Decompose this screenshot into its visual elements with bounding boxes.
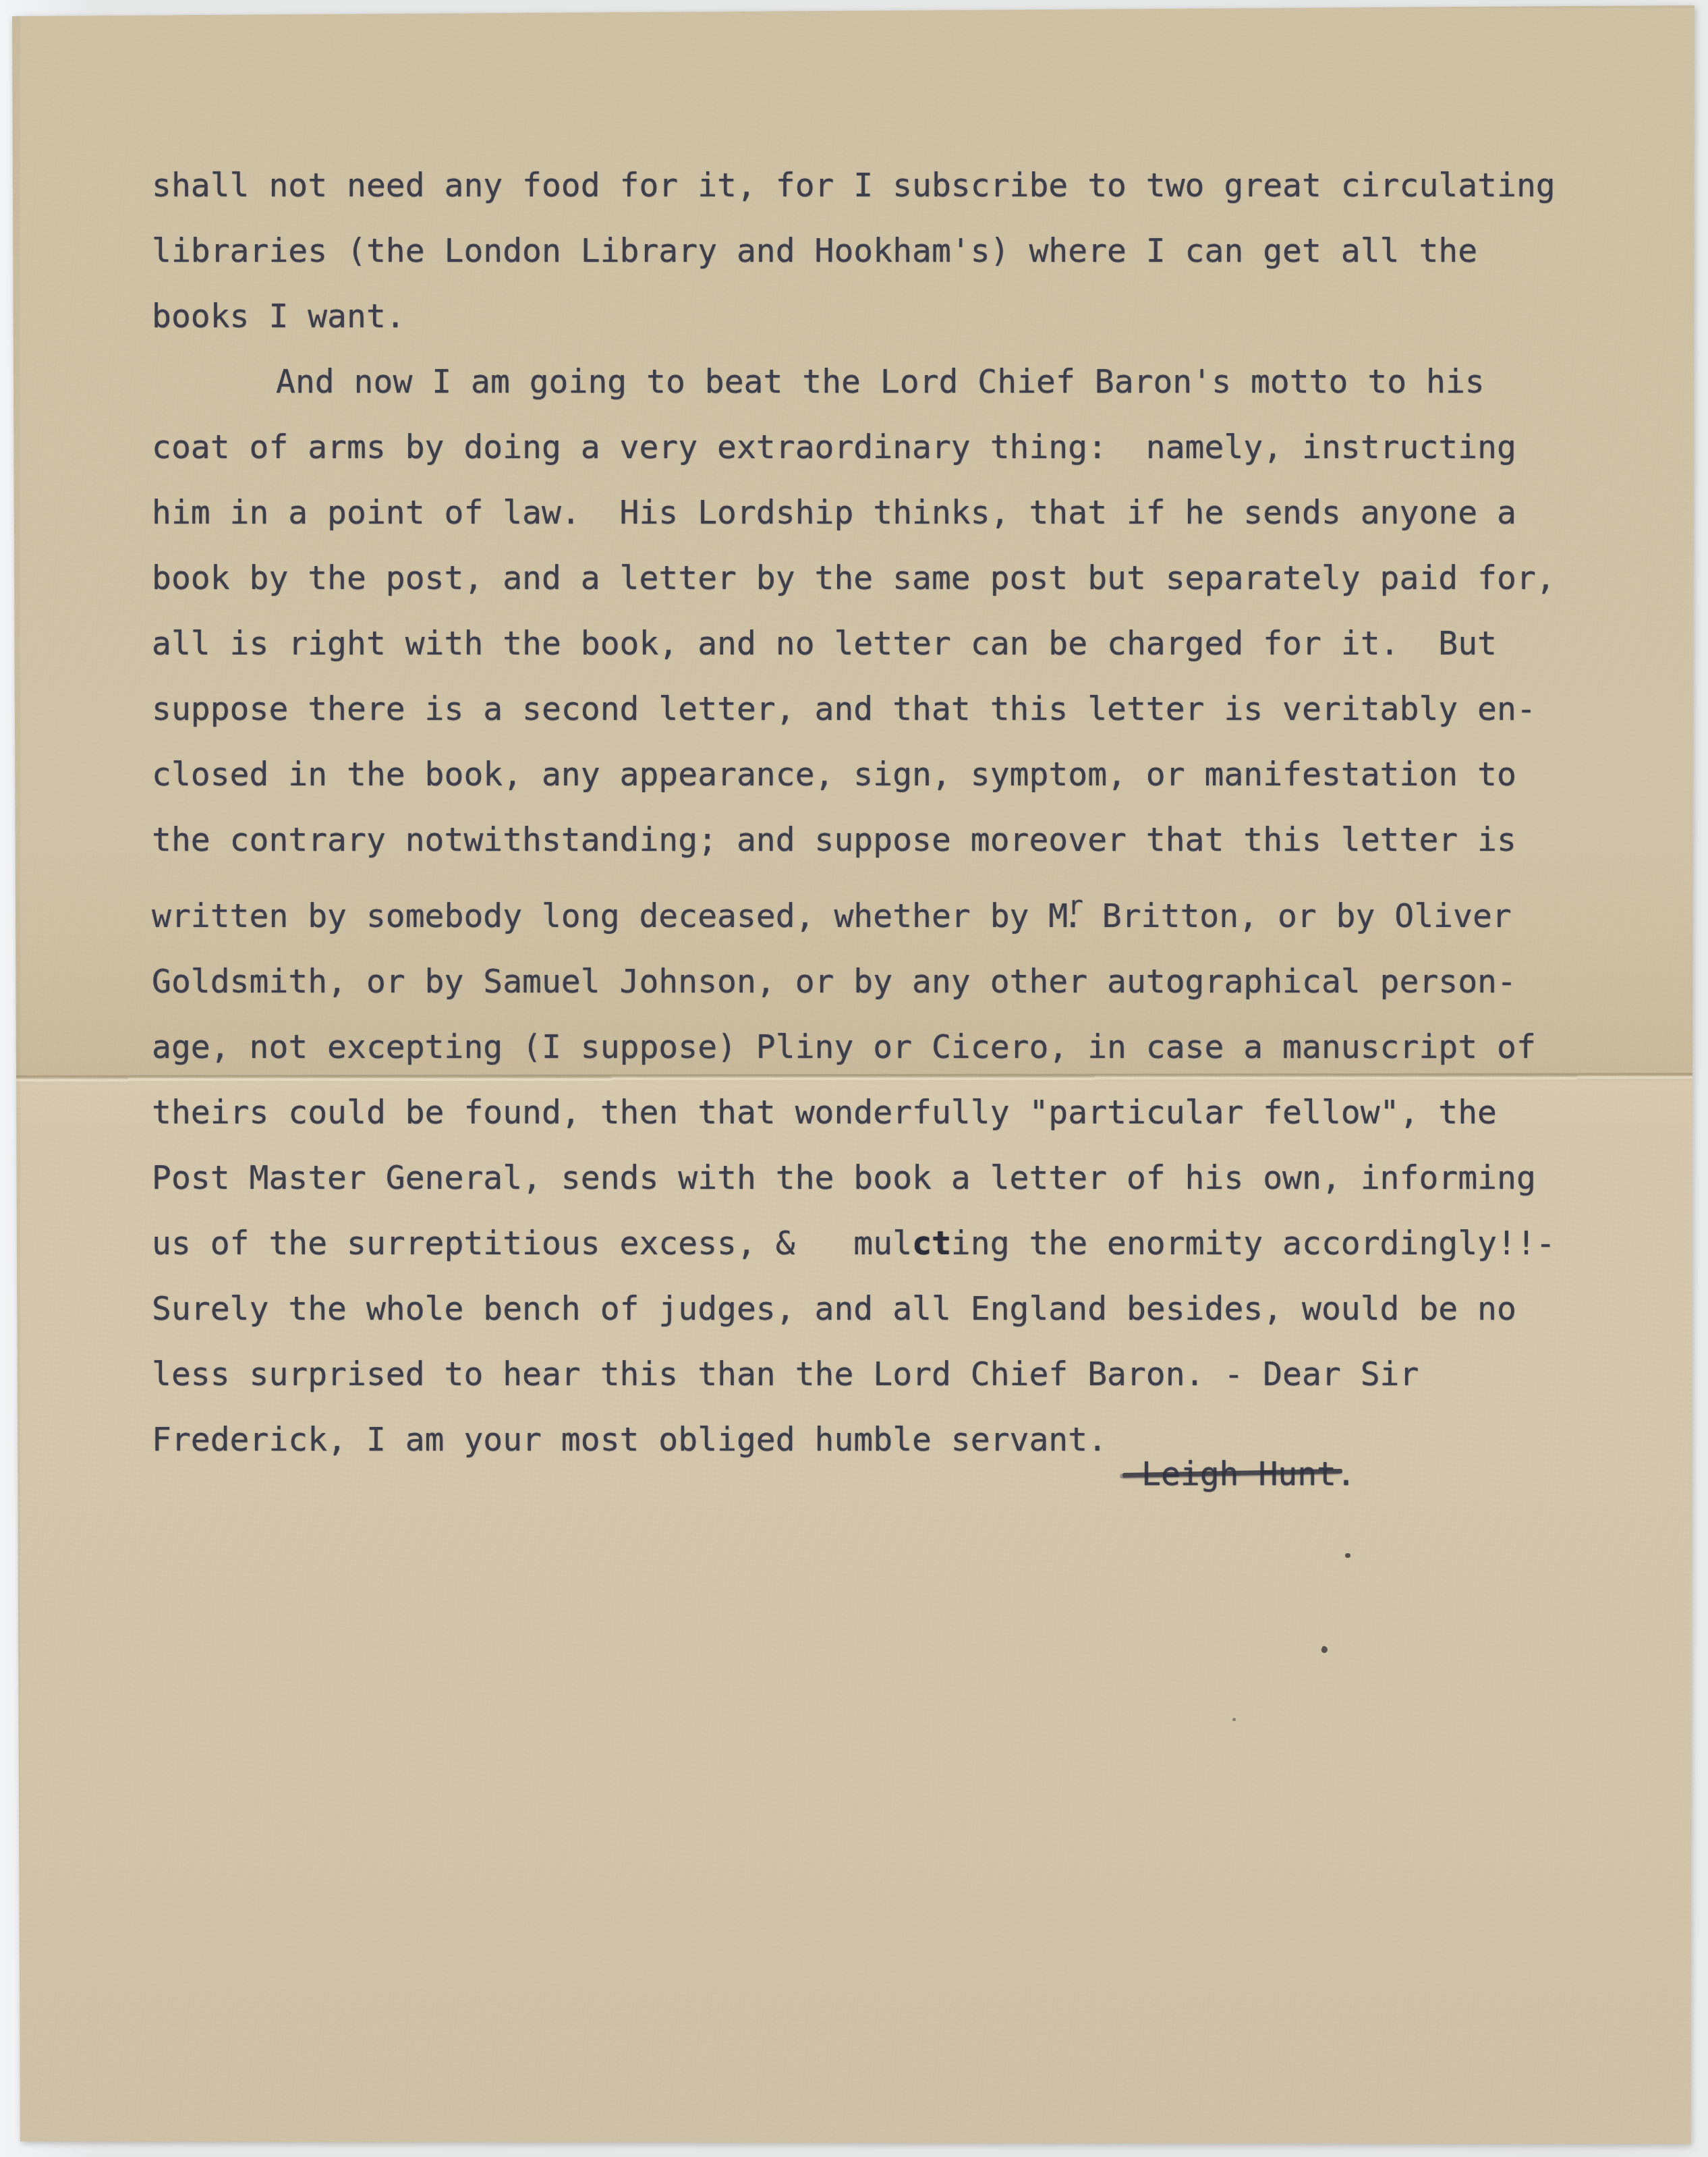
- text-line: theirs could be found, then that wonderf…: [152, 1080, 1556, 1146]
- text-line: the contrary notwithstanding; and suppos…: [152, 808, 1556, 873]
- text-segment: Goldsmith, or by Samuel Johnson, or by a…: [152, 963, 1516, 1001]
- text-segment: age, not excepting (I suppose) Pliny or …: [152, 1028, 1536, 1066]
- text-segment: written by somebody long deceased, wheth…: [152, 897, 1068, 935]
- text-line: book by the post, and a letter by the sa…: [152, 546, 1556, 611]
- text-line: books I want.: [152, 284, 1556, 349]
- text-segment: book by the post, and a letter by the sa…: [152, 559, 1556, 597]
- text-segment: theirs could be found, then that wonderf…: [152, 1094, 1497, 1131]
- text-line: Surely the whole bench of judges, and al…: [152, 1277, 1556, 1342]
- text-segment: us of the surreptitious excess, & mul: [152, 1225, 912, 1262]
- text-line: us of the surreptitious excess, & mulcti…: [152, 1211, 1556, 1277]
- text-line: shall not need any food for it, for I su…: [152, 153, 1556, 219]
- text-line: suppose there is a second letter, and th…: [152, 677, 1556, 742]
- text-segment: less surprised to hear this than the Lor…: [152, 1355, 1419, 1393]
- text-segment: him in a point of law. His Lordship thin…: [152, 494, 1516, 532]
- text-line: age, not excepting (I suppose) Pliny or …: [152, 1015, 1556, 1080]
- scanned-letter-page: { "page": { "background_color": "#e7e8e8…: [0, 0, 1708, 2157]
- text-segment: And now I am going to beat the Lord Chie…: [276, 363, 1485, 401]
- text-segment: closed in the book, any appearance, sign…: [152, 756, 1516, 793]
- text-line: Post Master General, sends with the book…: [152, 1146, 1556, 1211]
- text-segment: suppose there is a second letter, and th…: [152, 690, 1536, 728]
- text-line: coat of arms by doing a very extraordina…: [152, 415, 1556, 480]
- text-line: And now I am going to beat the Lord Chie…: [152, 349, 1556, 415]
- text-segment: Surely the whole bench of judges, and al…: [152, 1290, 1516, 1328]
- ink-speck: [1232, 1718, 1236, 1721]
- ink-speck: [1345, 1553, 1350, 1558]
- text-line: closed in the book, any appearance, sign…: [152, 742, 1556, 808]
- text-line: written by somebody long deceased, wheth…: [152, 873, 1556, 949]
- text-segment: .: [1336, 1455, 1356, 1493]
- text-line: Goldsmith, or by Samuel Johnson, or by a…: [152, 949, 1556, 1015]
- text-segment: books I want.: [152, 298, 405, 335]
- text-segment: all is right with the book, and no lette…: [152, 625, 1497, 663]
- text-line: him in a point of law. His Lordship thin…: [152, 480, 1556, 546]
- text-segment: shall not need any food for it, for I su…: [152, 167, 1556, 204]
- text-segment: Britton, or by Oliver: [1083, 897, 1512, 935]
- text-segment: ct: [912, 1225, 951, 1262]
- text-segment: libraries (the London Library and Hookha…: [152, 232, 1477, 270]
- text-line: libraries (the London Library and Hookha…: [152, 219, 1556, 284]
- text-line: all is right with the book, and no lette…: [152, 611, 1556, 677]
- letter-body-text: shall not need any food for it, for I su…: [152, 153, 1556, 1473]
- text-segment: the contrary notwithstanding; and suppos…: [152, 821, 1516, 859]
- text-segment: Frederick, I am your most obliged humble…: [152, 1421, 1107, 1459]
- text-line: less surprised to hear this than the Lor…: [152, 1342, 1556, 1407]
- text-segment: .: [1063, 884, 1083, 949]
- text-segment: ing the enormity accordingly!!-: [951, 1225, 1556, 1262]
- text-segment: Post Master General, sends with the book…: [152, 1159, 1536, 1197]
- paper-shadow-wrap: shall not need any food for it, for I su…: [0, 0, 1708, 2157]
- letter-paper: shall not need any food for it, for I su…: [0, 0, 1708, 2157]
- ink-speck: [1321, 1646, 1329, 1654]
- text-segment: coat of arms by doing a very extraordina…: [152, 428, 1516, 466]
